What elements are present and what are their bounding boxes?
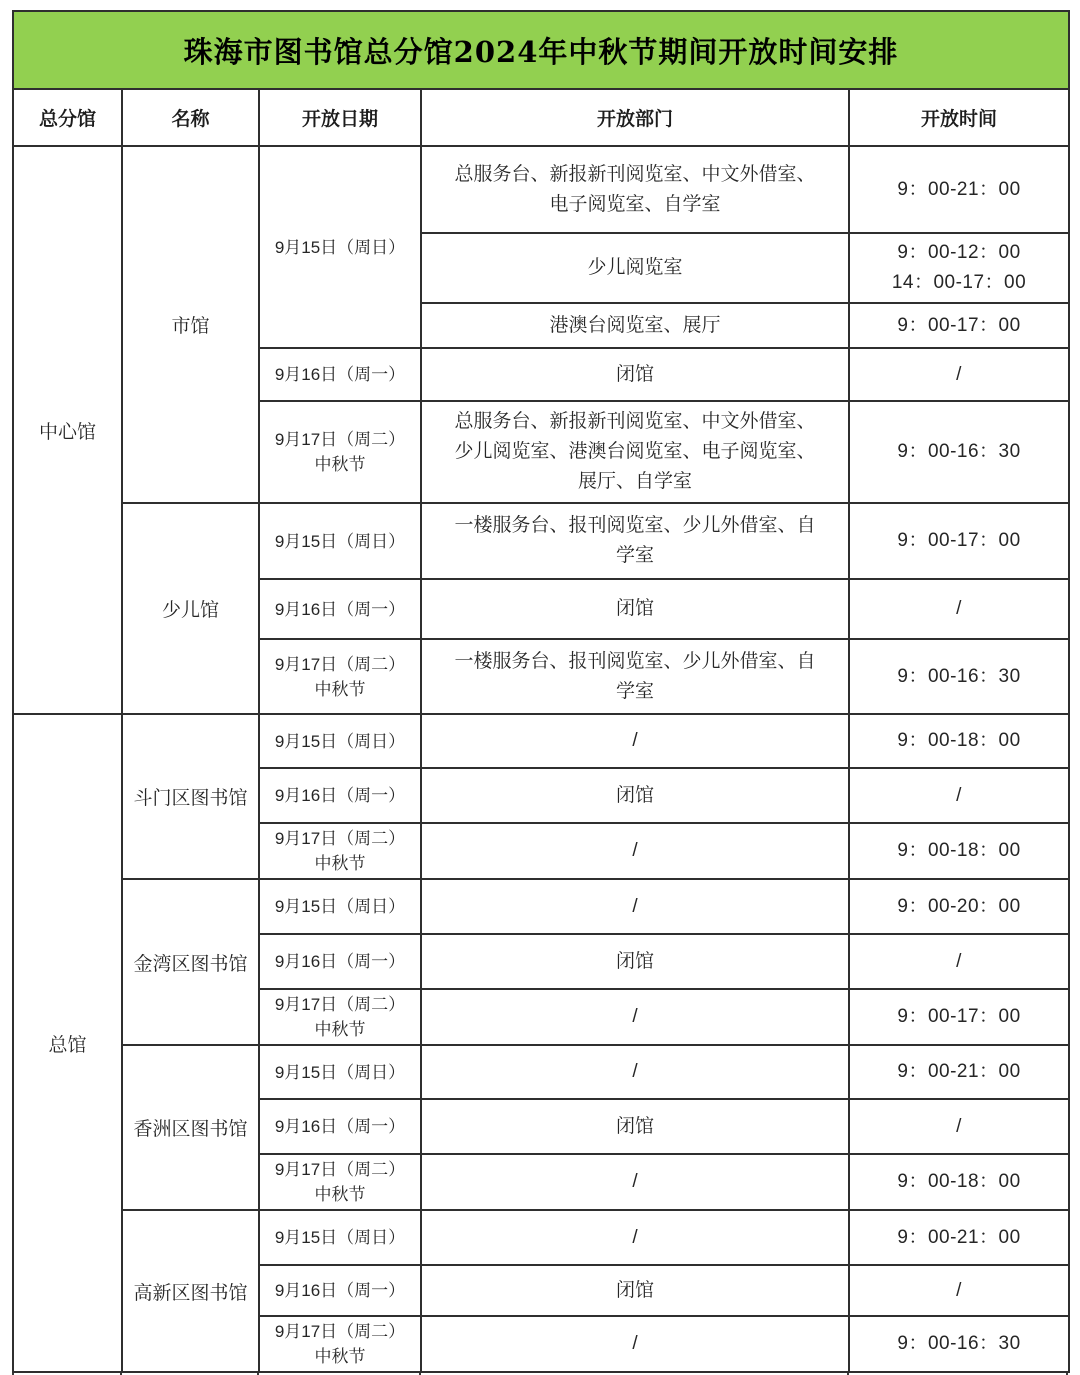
date-cell: 9月15日（周日） [259, 1210, 421, 1265]
dept-cell: / [421, 989, 849, 1045]
branch-cell-jinwan-district-library: 金湾区图书馆 [122, 879, 259, 1045]
dept-cell: 港澳台阅览室、展厅 [421, 303, 849, 348]
group-cell-head-library: 总馆 [13, 714, 122, 1372]
time-cell: 9：00-21：00 [849, 1045, 1069, 1099]
col-header-time: 开放时间 [849, 89, 1069, 146]
date-cell: 9月16日（周一） [259, 579, 421, 639]
time-cell: / [849, 1099, 1069, 1154]
date-label: 9月17日（周二） [262, 826, 418, 851]
dept-cell: / [421, 1316, 849, 1372]
date-cell: 9月16日（周一） [259, 1265, 421, 1316]
dept-cell: 一楼服务台、报刊阅览室、少儿外借室、自 学室 [421, 639, 849, 714]
dept-cell: 闭馆 [421, 1265, 849, 1316]
time-cell: / [849, 348, 1069, 401]
table-row: 少儿馆 9月15日（周日） 一楼服务台、报刊阅览室、少儿外借室、自 学室 9：0… [13, 503, 1069, 579]
dept-cell: 闭馆 [421, 348, 849, 401]
col-header-name: 名称 [122, 89, 259, 146]
schedule-table: 珠海市图书馆总分馆2024年中秋节期间开放时间安排 总分馆 名称 开放日期 开放… [12, 10, 1070, 1373]
date-label: 9月17日（周二） [262, 652, 418, 677]
time-cell: / [849, 934, 1069, 989]
date-label: 9月17日（周二） [262, 1319, 418, 1344]
dept-cell: 一楼服务台、报刊阅览室、少儿外借室、自 学室 [421, 503, 849, 579]
date-cell: 9月16日（周一） [259, 768, 421, 823]
page-title: 珠海市图书馆总分馆2024年中秋节期间开放时间安排 [13, 11, 1069, 89]
branch-cell-gaoxin-district-library: 高新区图书馆 [122, 1210, 259, 1372]
dept-cell: 总服务台、新报新刊阅览室、中文外借室、 少儿阅览室、港澳台阅览室、电子阅览室、 … [421, 401, 849, 503]
date-note: 中秋节 [262, 1344, 418, 1369]
date-cell: 9月17日（周二） 中秋节 [259, 989, 421, 1045]
date-label: 9月17日（周二） [262, 1157, 418, 1182]
table-row: 高新区图书馆 9月15日（周日） / 9：00-21：00 [13, 1210, 1069, 1265]
branch-cell-children-library: 少儿馆 [122, 503, 259, 714]
date-note: 中秋节 [262, 1017, 418, 1042]
date-note: 中秋节 [262, 851, 418, 876]
time-cell: 9：00-20：00 [849, 879, 1069, 934]
time-cell: 9：00-16：30 [849, 1316, 1069, 1372]
notice-sheet: 珠海市图书馆总分馆2024年中秋节期间开放时间安排 总分馆 名称 开放日期 开放… [0, 0, 1080, 1375]
date-cell: 9月17日（周二） 中秋节 [259, 401, 421, 503]
date-cell: 9月16日（周一） [259, 348, 421, 401]
time-cell: 9：00-17：00 [849, 503, 1069, 579]
date-cell: 9月16日（周一） [259, 1099, 421, 1154]
dept-cell: 少儿阅览室 [421, 233, 849, 303]
date-note: 中秋节 [262, 452, 418, 477]
branch-cell-xiangzhou-district-library: 香洲区图书馆 [122, 1045, 259, 1210]
date-cell: 9月16日（周一） [259, 934, 421, 989]
col-header-group: 总分馆 [13, 89, 122, 146]
date-cell: 9月17日（周二） 中秋节 [259, 1154, 421, 1210]
col-header-date: 开放日期 [259, 89, 421, 146]
time-cell: / [849, 1265, 1069, 1316]
dept-cell: / [421, 823, 849, 879]
dept-cell: / [421, 1210, 849, 1265]
date-cell: 9月17日（周二） 中秋节 [259, 639, 421, 714]
time-cell: 9：00-16：30 [849, 639, 1069, 714]
dept-cell: / [421, 879, 849, 934]
date-cell: 9月15日（周日） [259, 714, 421, 768]
date-note: 中秋节 [262, 677, 418, 702]
date-label: 9月17日（周二） [262, 427, 418, 452]
date-cell: 9月15日（周日） [259, 1045, 421, 1099]
time-cell: 9：00-18：00 [849, 714, 1069, 768]
table-row: 香洲区图书馆 9月15日（周日） / 9：00-21：00 [13, 1045, 1069, 1099]
dept-cell: 总服务台、新报新刊阅览室、中文外借室、 电子阅览室、自学室 [421, 146, 849, 233]
dept-cell: / [421, 1045, 849, 1099]
date-cell: 9月17日（周二） 中秋节 [259, 823, 421, 879]
dept-cell: 闭馆 [421, 934, 849, 989]
table-row: 金湾区图书馆 9月15日（周日） / 9：00-20：00 [13, 879, 1069, 934]
date-cell: 9月15日（周日） [259, 503, 421, 579]
time-cell: 9：00-21：00 [849, 146, 1069, 233]
time-cell: 9：00-17：00 [849, 989, 1069, 1045]
dept-cell: / [421, 1154, 849, 1210]
time-cell: 9：00-12：00 14：00-17：00 [849, 233, 1069, 303]
dept-cell: 闭馆 [421, 1099, 849, 1154]
table-row: 中心馆 市馆 9月15日（周日） 总服务台、新报新刊阅览室、中文外借室、 电子阅… [13, 146, 1069, 233]
time-cell: / [849, 579, 1069, 639]
time-cell: 9：00-18：00 [849, 1154, 1069, 1210]
time-cell: 9：00-21：00 [849, 1210, 1069, 1265]
time-cell: / [849, 768, 1069, 823]
dept-cell: / [421, 714, 849, 768]
branch-cell-doumen-district-library: 斗门区图书馆 [122, 714, 259, 879]
time-cell: 9：00-18：00 [849, 823, 1069, 879]
table-row: 总馆 斗门区图书馆 9月15日（周日） / 9：00-18：00 [13, 714, 1069, 768]
time-cell: 9：00-17：00 [849, 303, 1069, 348]
date-note: 中秋节 [262, 1182, 418, 1207]
dept-cell: 闭馆 [421, 768, 849, 823]
date-label: 9月17日（周二） [262, 992, 418, 1017]
date-cell: 9月15日（周日） [259, 146, 421, 348]
col-header-dept: 开放部门 [421, 89, 849, 146]
date-cell: 9月17日（周二） 中秋节 [259, 1316, 421, 1372]
group-cell-central-library: 中心馆 [13, 146, 122, 714]
date-cell: 9月15日（周日） [259, 879, 421, 934]
time-cell: 9：00-16：30 [849, 401, 1069, 503]
branch-cell-city-library: 市馆 [122, 146, 259, 503]
dept-cell: 闭馆 [421, 579, 849, 639]
